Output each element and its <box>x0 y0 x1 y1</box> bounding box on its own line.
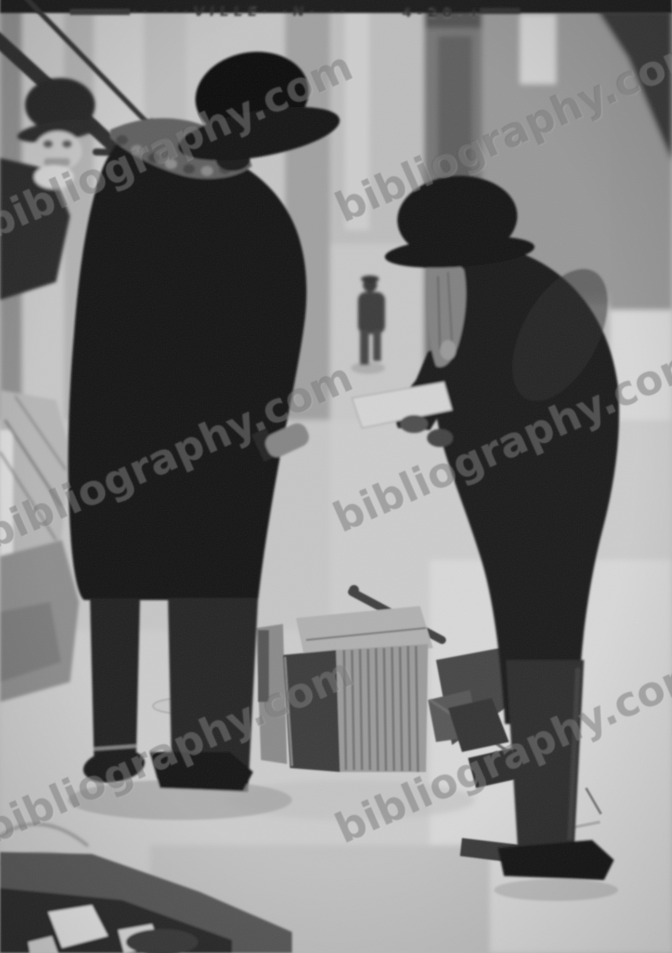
negative-caption-left: ·· ···VILLE· ·N· ·· <box>131 4 351 20</box>
photo-scene <box>0 0 672 953</box>
photograph: ·· ···VILLE· ·N· ·· 4-28-+ bibliography.… <box>0 0 672 953</box>
negative-caption-right: 4-28-+ <box>402 5 485 21</box>
vignette <box>0 0 672 953</box>
